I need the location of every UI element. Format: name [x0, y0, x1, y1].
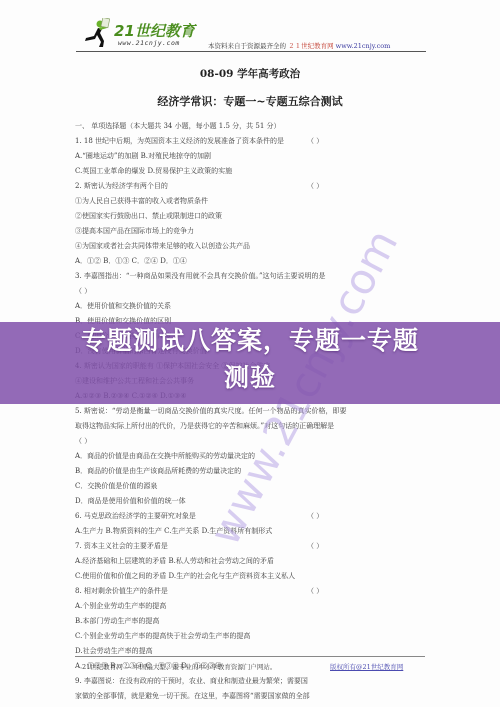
banner-title-line1: 专题测试八答案，专题一专题: [30, 322, 470, 359]
line-text: 1. 18 世纪中后期，为英国资本主义经济的发展准备了资本条件的是: [75, 137, 284, 145]
runner-logo-icon: [82, 18, 110, 48]
document-page: 21世纪教育 www.21cnjy.com 本资料来自于资源最齐全的 ２１世纪教…: [0, 0, 500, 707]
document-line: 1. 18 世纪中后期，为英国资本主义经济的发展准备了资本条件的是（ ）: [75, 134, 435, 149]
document-line: A．使用价值和交换价值的关系: [75, 299, 435, 314]
document-line: A.生产力 B.物质资料的生产 C.生产关系 D.生产资料所有制形式: [75, 524, 435, 539]
line-text: A.个别企业劳动生产率的提高: [75, 602, 166, 610]
document-line: B.本部门劳动生产率的提高: [75, 614, 435, 629]
document-line: 3. 李嘉图指出：“一种商品如果没有用就不会具有交换价值。”这句话主要说明的是: [75, 269, 435, 284]
line-text: （ ）: [75, 287, 91, 295]
line-text: 2. 斯密认为经济学有两个目的: [75, 182, 168, 190]
document-line: （ ）: [75, 284, 435, 299]
header-divider: [76, 51, 426, 52]
line-text: B.本部门劳动生产率的提高: [75, 617, 159, 625]
document-line: 9. 李嘉图说：在没有政府的干预时，农业、商业和制造业最为繁荣；需要国: [75, 674, 435, 689]
line-text: A.经济基础和上层建筑的矛盾 B.私人劳动和社会劳动之间的矛盾: [75, 557, 274, 565]
document-line: 6. 马克思政治经济学的主要研究对象是（ ）: [75, 509, 435, 524]
line-text: A.“圈地运动”的加剧 B.对殖民地掠夺的加剧: [75, 152, 211, 160]
logo-text: 21世纪教育: [114, 20, 195, 41]
answer-blank: （ ）: [307, 134, 323, 149]
line-text: A．使用价值和交换价值的关系: [75, 302, 171, 310]
line-text: D．商品是使用价值和价值的统一体: [75, 497, 186, 505]
document-line: ①为人民自己获得丰富的收入或者物质条件: [75, 194, 435, 209]
document-line: A．商品的价值是由商品在交换中所能购买的劳动量决定的: [75, 449, 435, 464]
question-list: 一、 单项选择题（本大题共 34 小题，每小题 1.5 分，共 51 分）1. …: [75, 119, 435, 704]
line-text: A．商品的价值是由商品在交换中所能购买的劳动量决定的: [75, 452, 255, 460]
document-line: 2. 斯密认为经济学有两个目的（ ）: [75, 179, 435, 194]
site-logo[interactable]: 21世纪教育 www.21cnjy.com: [82, 14, 202, 50]
answer-blank: （ ）: [307, 584, 323, 599]
document-line: A.经济基础和上层建筑的矛盾 B.私人劳动和社会劳动之间的矛盾: [75, 554, 435, 569]
line-text: 5. 斯密说：“劳动是衡量一切商品交换价值的真实尺度。任何一个物品的真实价格，即…: [75, 407, 346, 415]
title-banner: 专题测试八答案，专题一专题 测验: [0, 322, 500, 404]
line-text: ②使国家实行鼓励出口、禁止或限制进口的政策: [75, 212, 222, 220]
document-line: 7. 资本主义社会的主要矛盾是（ ）: [75, 539, 435, 554]
document-line: 一、 单项选择题（本大题共 34 小题，每小题 1.5 分，共 51 分）: [75, 119, 435, 134]
banner-title-line2: 测验: [30, 359, 470, 396]
document-title: 08-09 学年高考政治: [0, 66, 500, 81]
line-text: C.英国工业革命的爆发 D.贸易保护主义政策的实施: [75, 167, 232, 175]
line-text: C．交换价值是价值的源泉: [75, 482, 157, 490]
line-text: 6. 马克思政治经济学的主要研究对象是: [75, 512, 196, 520]
document-line: 8. 相对剩余价值生产的条件是（ ）: [75, 584, 435, 599]
line-text: B．商品的价值是由生产该商品所耗费的劳动量决定的: [75, 467, 241, 475]
footer-copyright-link[interactable]: 版权所有@21世纪教育网: [330, 662, 403, 671]
line-text: A．①② B．①③ C．②④ D．①④: [75, 257, 187, 265]
document-line: C.个别企业劳动生产率的提高快于社会劳动生产率的提高: [75, 629, 435, 644]
document-line: D．商品是使用价值和价值的统一体: [75, 494, 435, 509]
line-text: D.社会劳动生产率的提高: [75, 647, 153, 655]
footer-divider: [75, 656, 425, 657]
document-line: A.个别企业劳动生产率的提高: [75, 599, 435, 614]
document-line: ③提高本国产品在国际市场上的竞争力: [75, 224, 435, 239]
header-note-brand: ２１世纪教育网: [288, 42, 334, 50]
document-line: C.英国工业革命的爆发 D.贸易保护主义政策的实施: [75, 164, 435, 179]
line-text: ④为国家或者社会共同体带来足够的收入以创造公共产品: [75, 242, 250, 250]
answer-blank: （ ）: [307, 539, 323, 554]
line-text: （ ）: [75, 437, 91, 445]
document-line: ②使国家实行鼓励出口、禁止或限制进口的政策: [75, 209, 435, 224]
document-line: ④为国家或者社会共同体带来足够的收入以创造公共产品: [75, 239, 435, 254]
document-line: （ ）: [75, 434, 435, 449]
line-text: 3. 李嘉图指出：“一种商品如果没有用就不会具有交换价值。”这句话主要说明的是: [75, 272, 326, 280]
header-note: 本资料来自于资源最齐全的 ２１世纪教育网 www.21cnjy.com: [208, 41, 390, 50]
logo-url: www.21cnjy.com: [118, 39, 180, 47]
line-text: 7. 资本主义社会的主要矛盾是: [75, 542, 168, 550]
line-text: ①为人民自己获得丰富的收入或者物质条件: [75, 197, 208, 205]
answer-blank: （ ）: [307, 179, 323, 194]
line-text: A.生产力 B.物质资料的生产 C.生产关系 D.生产资料所有制形式: [75, 527, 272, 535]
header-note-url[interactable]: www.21cnjy.com: [336, 42, 391, 50]
document-line: 5. 斯密说：“劳动是衡量一切商品交换价值的真实尺度。任何一个物品的真实价格，即…: [75, 404, 435, 419]
document-line: C.使用价值和价值之间的矛盾 D.生产的社会化与生产资料资本主义私人: [75, 569, 435, 584]
page-header: 21世纪教育 www.21cnjy.com 本资料来自于资源最齐全的 ２１世纪教…: [76, 12, 426, 52]
header-note-prefix: 本资料来自于资源最齐全的: [208, 42, 286, 50]
answer-blank: （ ）: [307, 509, 323, 524]
document-line: A.“圈地运动”的加剧 B.对殖民地掠夺的加剧: [75, 149, 435, 164]
line-text: 取得这物品实际上所付出的代价，乃是获得它的辛苦和麻烦。”对这句话的正确理解是: [75, 422, 334, 430]
line-text: ③提高本国产品在国际市场上的竞争力: [75, 227, 194, 235]
banner-title: 专题测试八答案，专题一专题 测验: [30, 322, 470, 396]
document-line: C．交换价值是价值的源泉: [75, 479, 435, 494]
document-line: 取得这物品实际上所付出的代价，乃是获得它的辛苦和麻烦。”对这句话的正确理解是: [75, 419, 435, 434]
line-text: 一、 单项选择题（本大题共 34 小题，每小题 1.5 分，共 51 分）: [75, 122, 281, 130]
line-text: 9. 李嘉图说：在没有政府的干预时，农业、商业和制造业最为繁荣；需要国: [75, 677, 308, 685]
footer-text: 21世纪教育网 — 中国最大型、最专业的中小学教育资源门户网站。: [82, 662, 276, 671]
document-line: A．①② B．①③ C．②④ D．①④: [75, 254, 435, 269]
document-subtitle: 经济学常识：专题一~专题五综合测试: [0, 93, 500, 109]
line-text: C.个别企业劳动生产率的提高快于社会劳动生产率的提高: [75, 632, 250, 640]
document-line: 家做的全部事情，就是避免一切干预。在这里，李嘉图将“需要国家做的全部: [75, 689, 435, 704]
document-line: B．商品的价值是由生产该商品所耗费的劳动量决定的: [75, 464, 435, 479]
line-text: 家做的全部事情，就是避免一切干预。在这里，李嘉图将“需要国家做的全部: [75, 692, 310, 700]
line-text: 8. 相对剩余价值生产的条件是: [75, 587, 168, 595]
line-text: C.使用价值和价值之间的矛盾 D.生产的社会化与生产资料资本主义私人: [75, 572, 295, 580]
